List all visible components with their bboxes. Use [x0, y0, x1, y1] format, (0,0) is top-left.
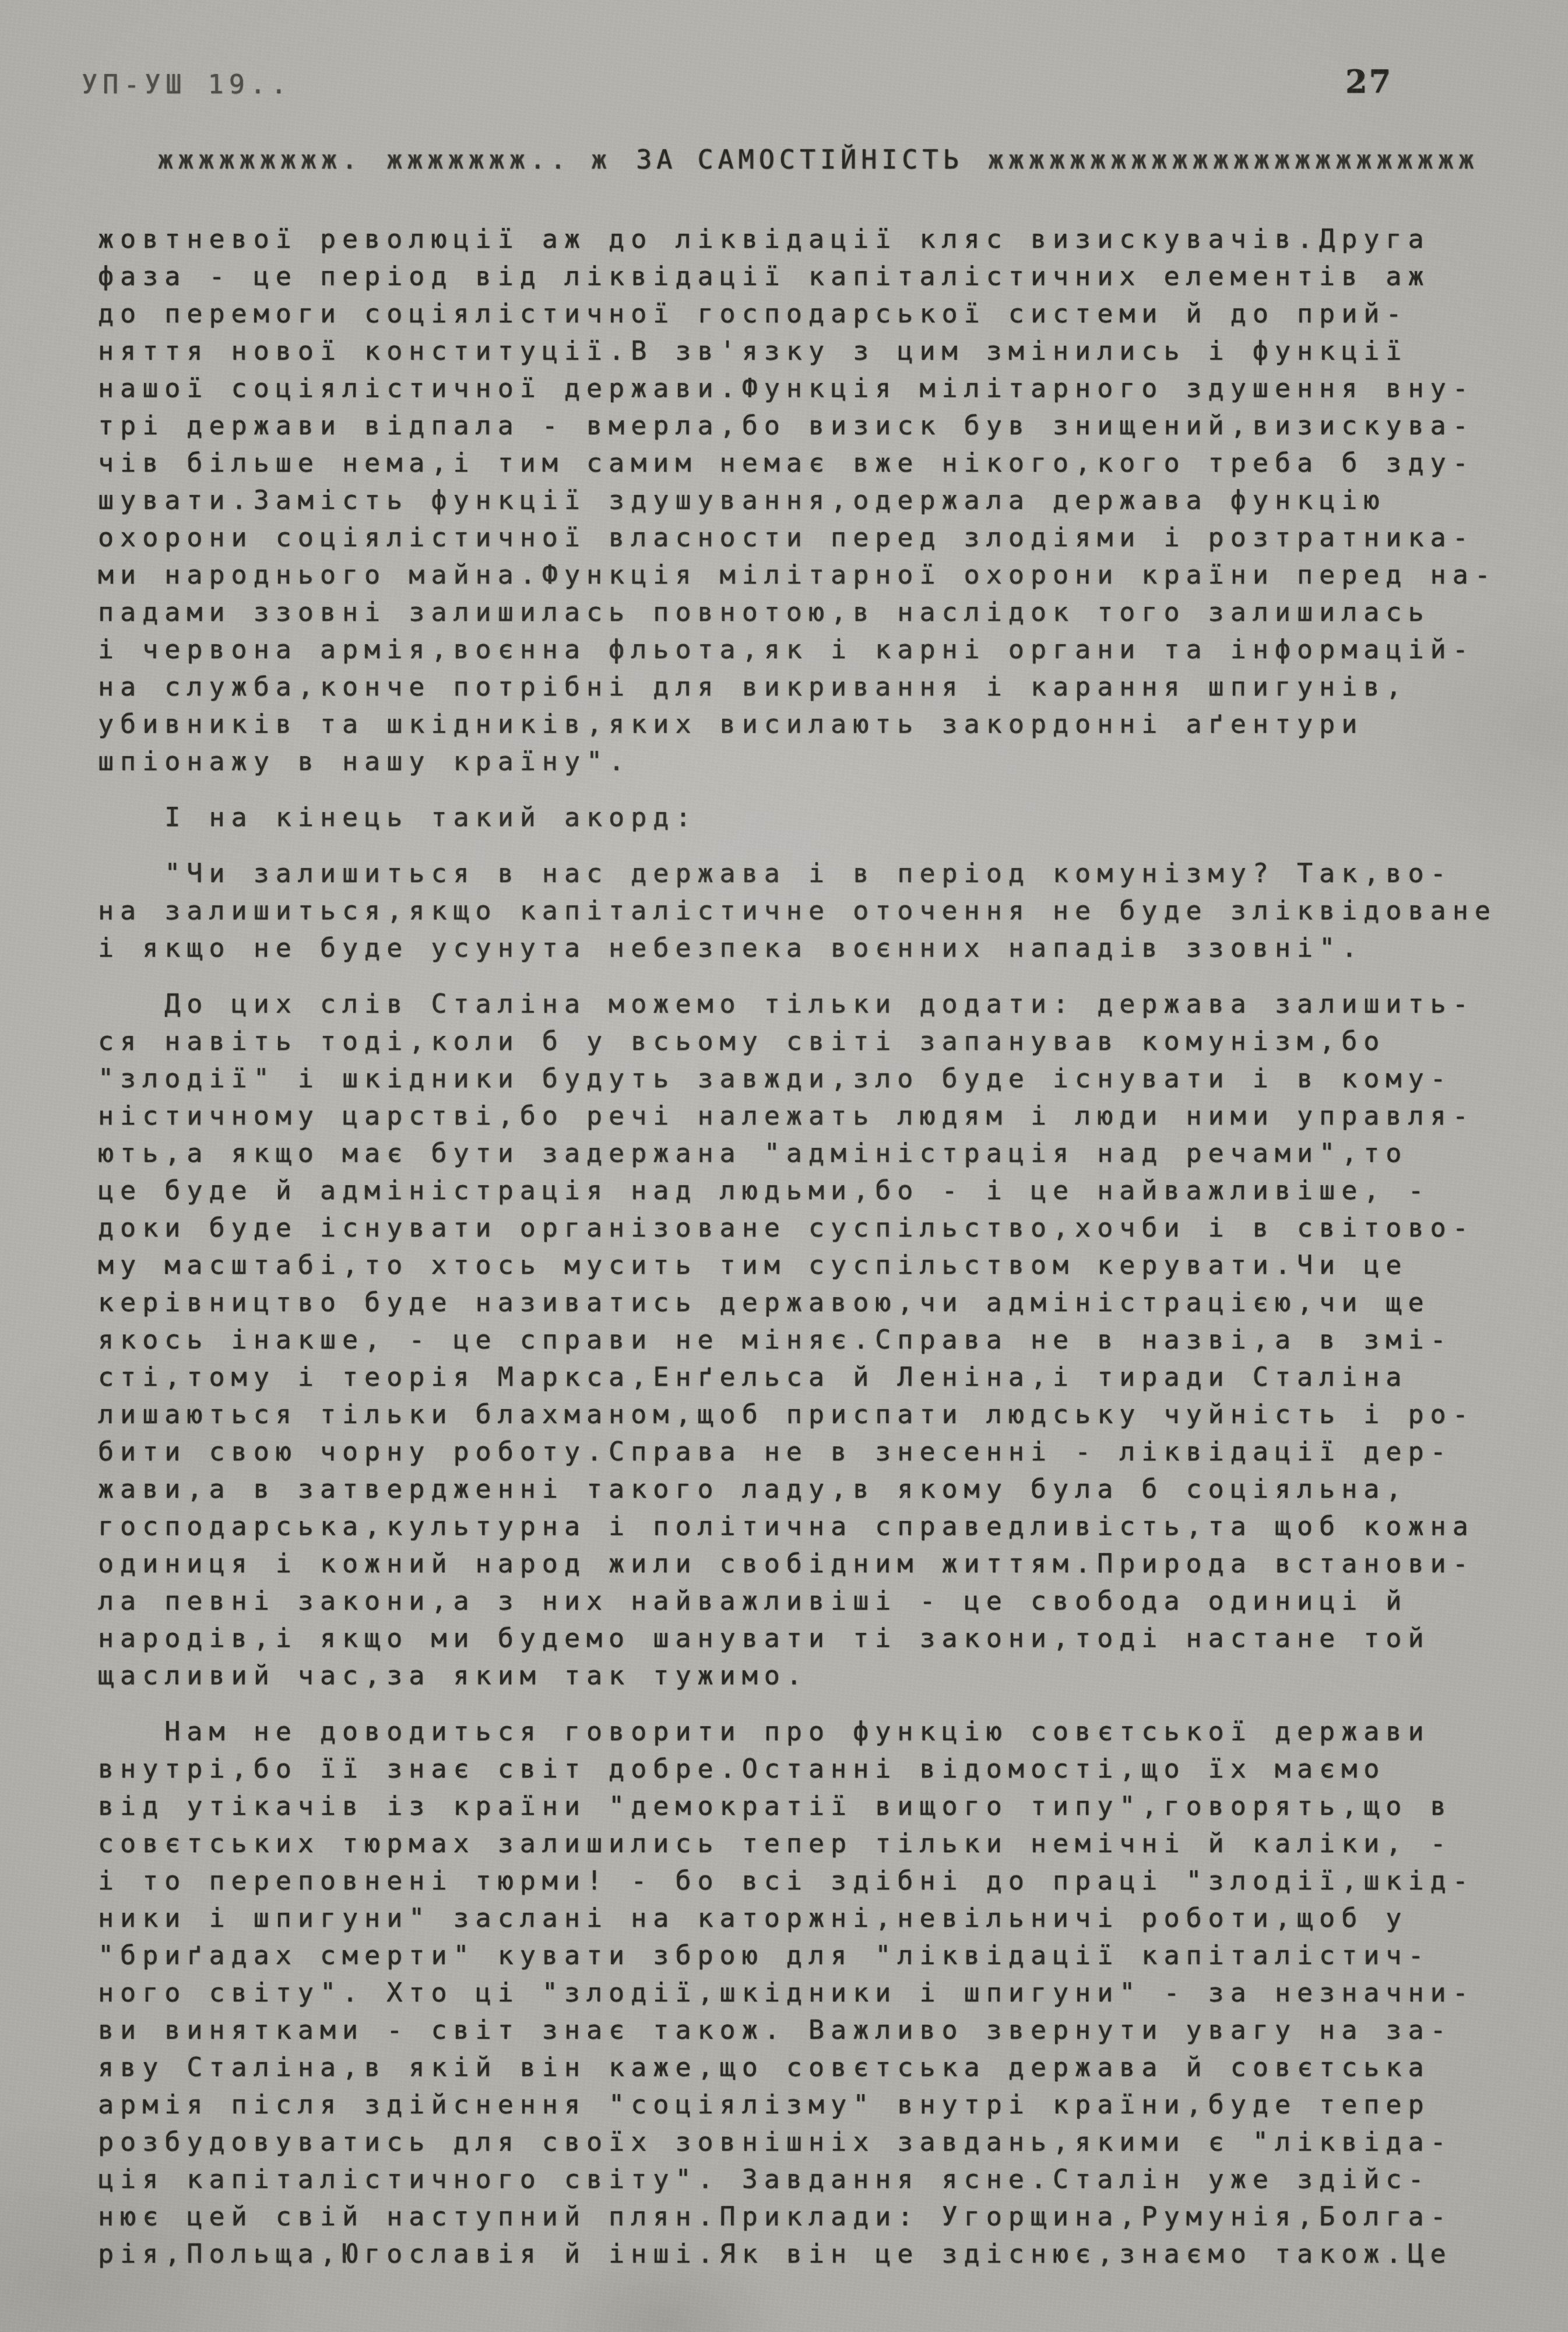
text-line: до перемоги соціялістичної господарської… — [98, 295, 1497, 332]
text-line: це буде й адміністрація над людьми,бо - … — [98, 1172, 1497, 1209]
text-line: і то переповнені тюрми! - бо всі здібні … — [98, 1862, 1497, 1899]
text-line: на служба,конче потрібні для викривання … — [98, 668, 1497, 705]
masthead: жжжжжжжжж.жжжжжжж.. жЗА САМОСТІЙНІСТЬжжж… — [117, 113, 1479, 175]
text-line: керівництво буде називатись державою,чи … — [98, 1284, 1497, 1321]
text-line: "бриґадах смерти" кувати зброю для "лікв… — [98, 1937, 1497, 1974]
text-line: нашої соціялістичної держави.Функція міл… — [98, 370, 1497, 407]
text-line: трі держави відпала - вмерла,бо визиск б… — [98, 407, 1497, 444]
text-line: ція капіталістичного світу". Завдання яс… — [98, 2161, 1497, 2198]
text-line: жовтневої революції аж до ліквідації кля… — [98, 220, 1497, 258]
text-line: "Чи залишиться в нас держава і в період … — [98, 855, 1497, 892]
paragraph: І на кінець такий акорд: — [98, 799, 1497, 836]
text-line: Нам не доводиться говорити про функцію с… — [98, 1713, 1497, 1750]
text-line: "злодії" і шкідники будуть завжди,зло бу… — [98, 1060, 1497, 1097]
issue-code: УП-УШ 19.. — [82, 69, 292, 100]
text-line: совєтських тюрмах залишились тепер тільк… — [98, 1825, 1497, 1862]
page-number: 27 — [1345, 63, 1393, 100]
text-line: і червона армія,воєнна фльота,як і карні… — [98, 631, 1497, 668]
text-line: народів,і якщо ми будемо шанувати ті зак… — [98, 1620, 1497, 1657]
masthead-strikeout-right: жжжжжжжжжжжжжжжжжжжжжжжж — [988, 144, 1479, 175]
text-line: якось інакше, - це справи не міняє.Справ… — [98, 1321, 1497, 1358]
text-line: шпіонажу в нашу країну". — [98, 743, 1497, 780]
text-line: одиниця і кожний народ жили свобідним жи… — [98, 1545, 1497, 1582]
paragraph: "Чи залишиться в нас держава і в період … — [98, 855, 1497, 967]
text-line: рія,Польща,Югославія й інші.Як він це зд… — [98, 2235, 1497, 2273]
text-line: ви винятками - світ знає також. Важливо … — [98, 2011, 1497, 2049]
text-line: ники і шпигуни" заслані на каторжні,неві… — [98, 1899, 1497, 1937]
text-line: розбудовуватись для своїх зовнішніх завд… — [98, 2123, 1497, 2161]
text-line: До цих слів Сталіна можемо тільки додати… — [98, 985, 1497, 1023]
text-line: доки буде існувати організоване суспільс… — [98, 1209, 1497, 1246]
text-line: господарська,культурна і політична справ… — [98, 1508, 1497, 1545]
text-line: убивників та шкідників,яких висилають за… — [98, 705, 1497, 743]
text-line: від утікачів із країни "демократії вищог… — [98, 1787, 1497, 1825]
text-line: няття нової конституції.В зв'язку з цим … — [98, 332, 1497, 370]
text-line: ністичному царстві,бо речі належать людя… — [98, 1097, 1497, 1135]
masthead-title: ЗА САМОСТІЙНІСТЬ — [636, 144, 963, 175]
text-line: ся навіть тоді,коли б у всьому світі зап… — [98, 1023, 1497, 1060]
paragraph: До цих слів Сталіна можемо тільки додати… — [98, 985, 1497, 1694]
text-line: фаза - це період від ліквідації капіталі… — [98, 258, 1497, 295]
text-line: охорони соціялістичної власности перед з… — [98, 519, 1497, 556]
text-line: му масштабі,то хтось мусить тим суспільс… — [98, 1246, 1497, 1284]
text-line: бити свою чорну роботу.Справа не в знесе… — [98, 1433, 1497, 1470]
text-line: ють,а якщо має бути задержана "адміністр… — [98, 1135, 1497, 1172]
text-line: на залишиться,якщо капіталістичне оточен… — [98, 892, 1497, 929]
text-line: і якщо не буде усунута небезпека воєнних… — [98, 929, 1497, 967]
text-line: ного світу". Хто ці "злодії,шкідники і ш… — [98, 1974, 1497, 2011]
text-line: лишаються тільки блахманом,щоб приспати … — [98, 1396, 1497, 1433]
masthead-strikeout-left: жжжжжжжжж. — [157, 144, 362, 175]
text-line: І на кінець такий акорд: — [98, 799, 1497, 836]
text-line: ла певні закони,а з них найважливіші - ц… — [98, 1582, 1497, 1620]
text-line: падами ззовні залишилась повнотою,в насл… — [98, 593, 1497, 631]
text-line: армія після здійснення "соціялізму" внут… — [98, 2086, 1497, 2123]
masthead-strikeout-mid: жжжжжжж.. ж — [386, 144, 611, 175]
document-body: жовтневої революції аж до ліквідації кля… — [98, 220, 1497, 2273]
paragraph: Нам не доводиться говорити про функцію с… — [98, 1713, 1497, 2273]
page: { "document": { "issue_code": "УП-УШ 19.… — [0, 0, 1568, 2332]
text-line: сті,тому і теорія Маркса,Енґельса й Лені… — [98, 1358, 1497, 1396]
text-line: ми народнього майна.Функція мілітарної о… — [98, 556, 1497, 593]
text-line: жави,а в затвердженні такого ладу,в яком… — [98, 1470, 1497, 1508]
text-line: чів більше нема,і тим самим немає вже ні… — [98, 444, 1497, 482]
text-line: яву Сталіна,в якій він каже,що совєтська… — [98, 2049, 1497, 2086]
paragraph: жовтневої революції аж до ліквідації кля… — [98, 220, 1497, 780]
text-line: нює цей свій наступний плян.Приклади: Уг… — [98, 2198, 1497, 2235]
text-line: щасливий час,за яким так тужимо. — [98, 1657, 1497, 1694]
text-line: внутрі,бо її знає світ добре.Останні від… — [98, 1750, 1497, 1787]
text-line: шувати.Замість функції здушування,одержа… — [98, 482, 1497, 519]
